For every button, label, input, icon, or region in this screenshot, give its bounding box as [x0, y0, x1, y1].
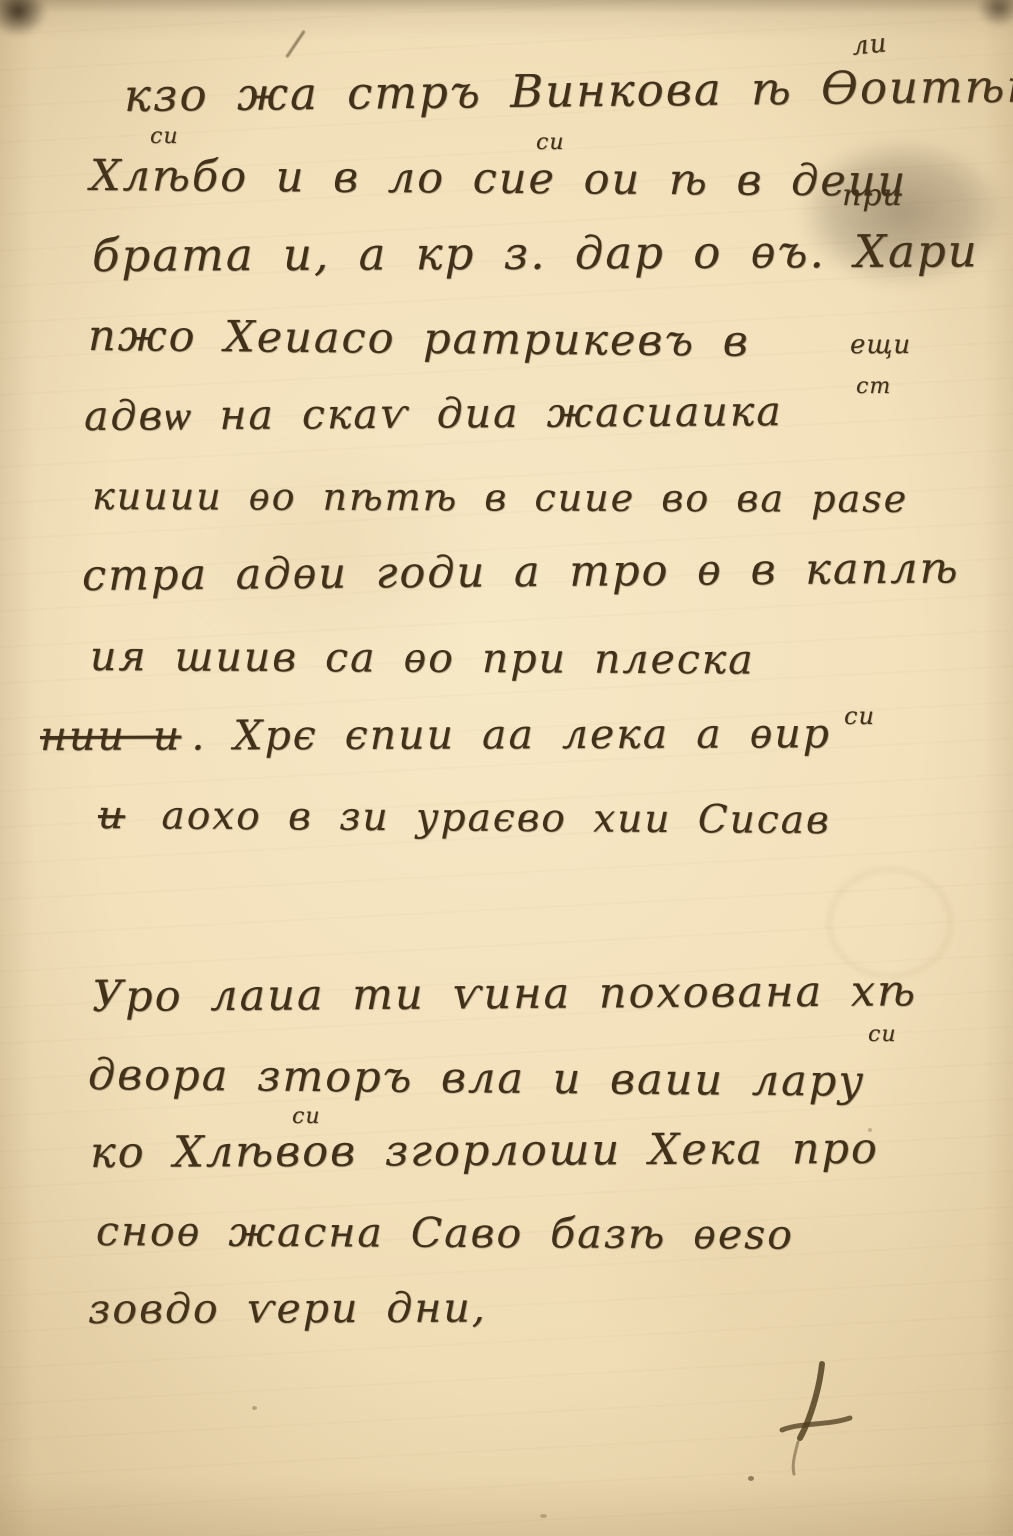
handwriting-layer: кзо жа стръ Винкова ѣ Ѳоитѣко. Хлѣбо и в…: [0, 0, 1013, 1536]
superscript-note: си: [536, 130, 565, 155]
line-text: стра адѳи годи а тро ѳ в каплѣ: [82, 543, 960, 601]
superscript-note: при: [842, 178, 903, 213]
manuscript-line: стра адѳи годи а тро ѳ в каплѣ: [82, 527, 1013, 616]
struck-word: нии и: [40, 712, 181, 760]
superscript-note: си: [292, 1104, 321, 1129]
line-text: кзо жа стръ Винкова ѣ Ѳоитѣко.: [124, 59, 1013, 122]
line-text: брата и, а кр з. дар о ѳъ. Хари: [92, 224, 979, 282]
manuscript-line: кииии ѳо пѣтѣ в сиие во ва раѕе: [92, 456, 1013, 539]
superscript-note: ещи: [850, 330, 911, 360]
line-text: Уро лаиа ти ѵина похована хѣ: [92, 966, 917, 1022]
line-text: зовдо ѵери дни,: [88, 1284, 487, 1333]
line-text: Хлѣбо и в ло сие ои ѣ в деии: [90, 151, 908, 207]
superscript-note: ст: [856, 374, 891, 399]
manuscript-line: и аохо в зи ураєво хии Сисав: [98, 776, 1013, 863]
line-text: адвѡ на скаѵ диа жасиаика: [84, 387, 783, 440]
manuscript-page: кзо жа стръ Винкова ѣ Ѳоитѣко. Хлѣбо и в…: [0, 0, 1013, 1536]
line-text: сноѳ жасна Саво базѣ ѳеѕо: [96, 1207, 794, 1259]
manuscript-line: Уро лаиа ти ѵина похована хѣ: [92, 952, 918, 1036]
superscript-note: си: [844, 702, 875, 730]
line-text: . Хрє єпии аа лека а ѳир: [191, 709, 831, 759]
ink-check-mark: [770, 1358, 880, 1478]
superscript-note: ли: [851, 28, 889, 62]
line-text: аохо в зи ураєво хии Сисав: [135, 793, 831, 843]
manuscript-line: ко Хлѣвов згорлоши Хека про: [90, 1110, 917, 1192]
line-text: кииии ѳо пѣтѣ в сиие во ва раѕе: [92, 474, 908, 521]
manuscript-line: двора зторъ вла и ваии лару: [88, 1036, 918, 1121]
struck-word: и: [98, 793, 125, 838]
line-text: пжо Хеиасо ратрикевъ в: [88, 311, 750, 367]
paragraph-2: Уро лаиа ти ѵина похована хѣ двора зторъ…: [84, 958, 917, 1348]
line-text: двора зторъ вла и ваии лару: [88, 1050, 866, 1107]
manuscript-line: ия шиив са ѳо при плеска: [90, 616, 1013, 701]
line-text: ко Хлѣвов згорлоши Хека про: [90, 1124, 879, 1178]
paragraph-1: кзо жа стръ Винкова ѣ Ѳоитѣко. Хлѣбо и в…: [84, 56, 1013, 856]
manuscript-line: кзо жа стръ Винкова ѣ Ѳоитѣко.: [124, 46, 1013, 136]
manuscript-line: зовдо ѵери дни,: [88, 1267, 917, 1348]
superscript-note: си: [150, 124, 179, 149]
line-text: ия шиив са ѳо при плеска: [90, 632, 755, 683]
manuscript-line: сноѳ жасна Саво базѣ ѳеѕо: [96, 1192, 917, 1274]
manuscript-line: брата и, а кр з. дар о ѳъ. Хари: [92, 211, 1013, 296]
superscript-note: си: [868, 1022, 897, 1047]
